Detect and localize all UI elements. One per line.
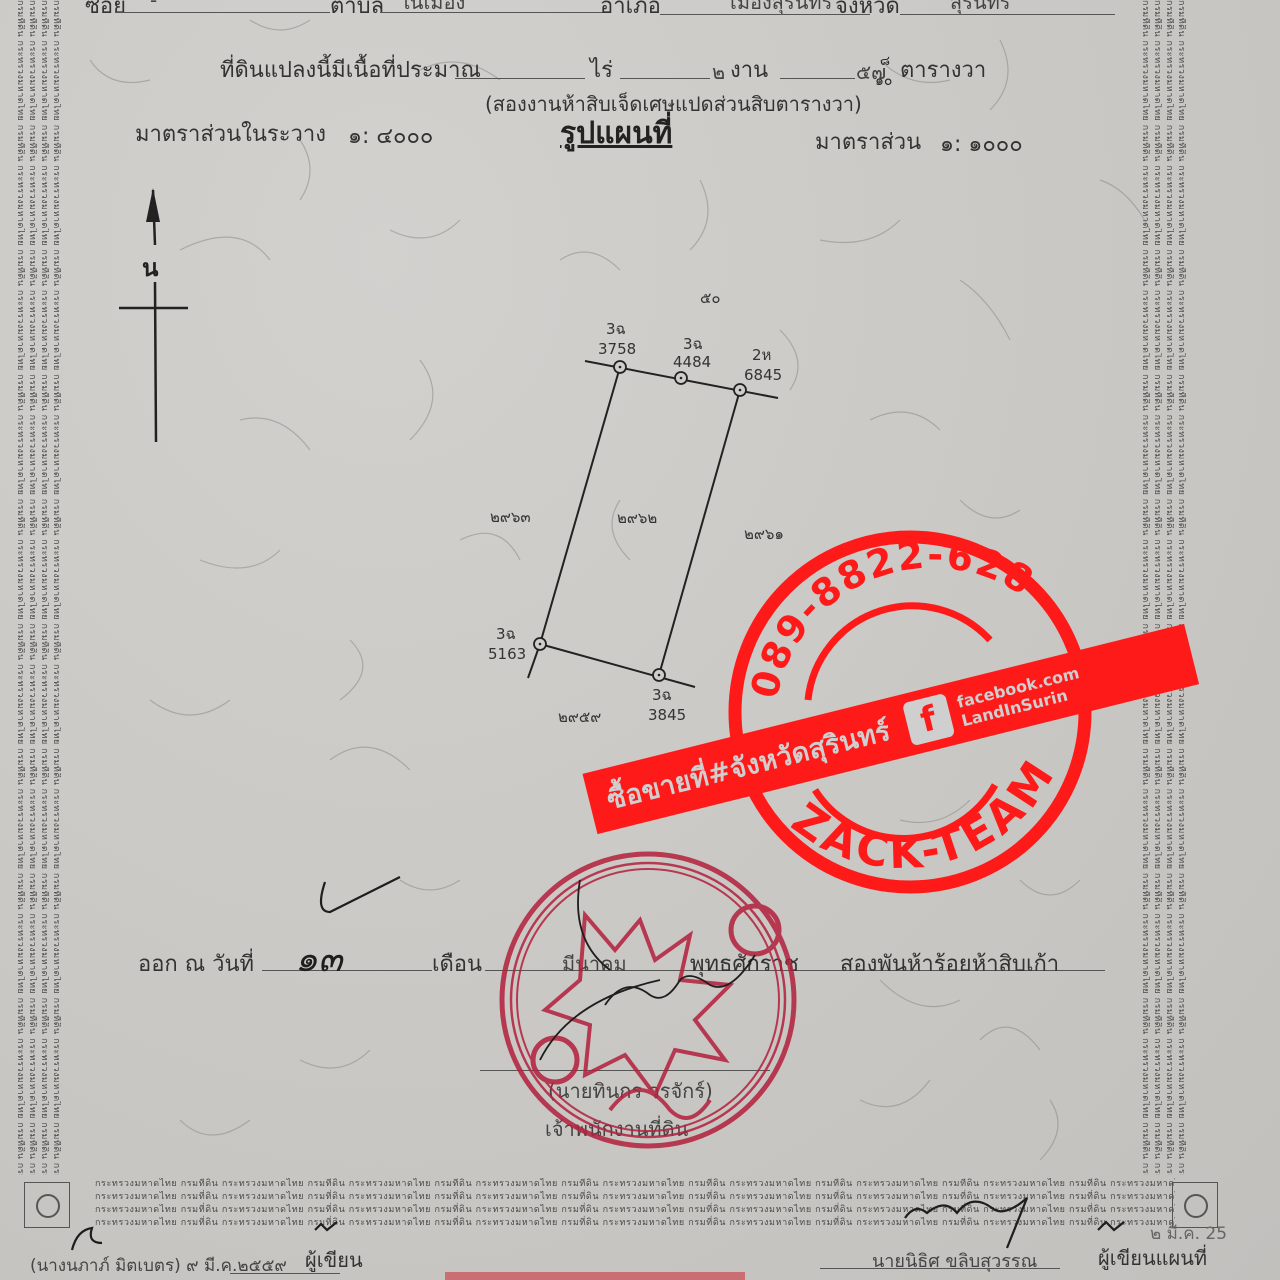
land-title-deed-page: กรมที่ดิน กระทรวงมหาดไทย กรมที่ดิน กระทร… — [0, 0, 1280, 1280]
facebook-icon: f — [902, 693, 955, 746]
zack-team-watermark-stamp: 089-8822-628 ZACK-TEAM — [0, 0, 1280, 1280]
